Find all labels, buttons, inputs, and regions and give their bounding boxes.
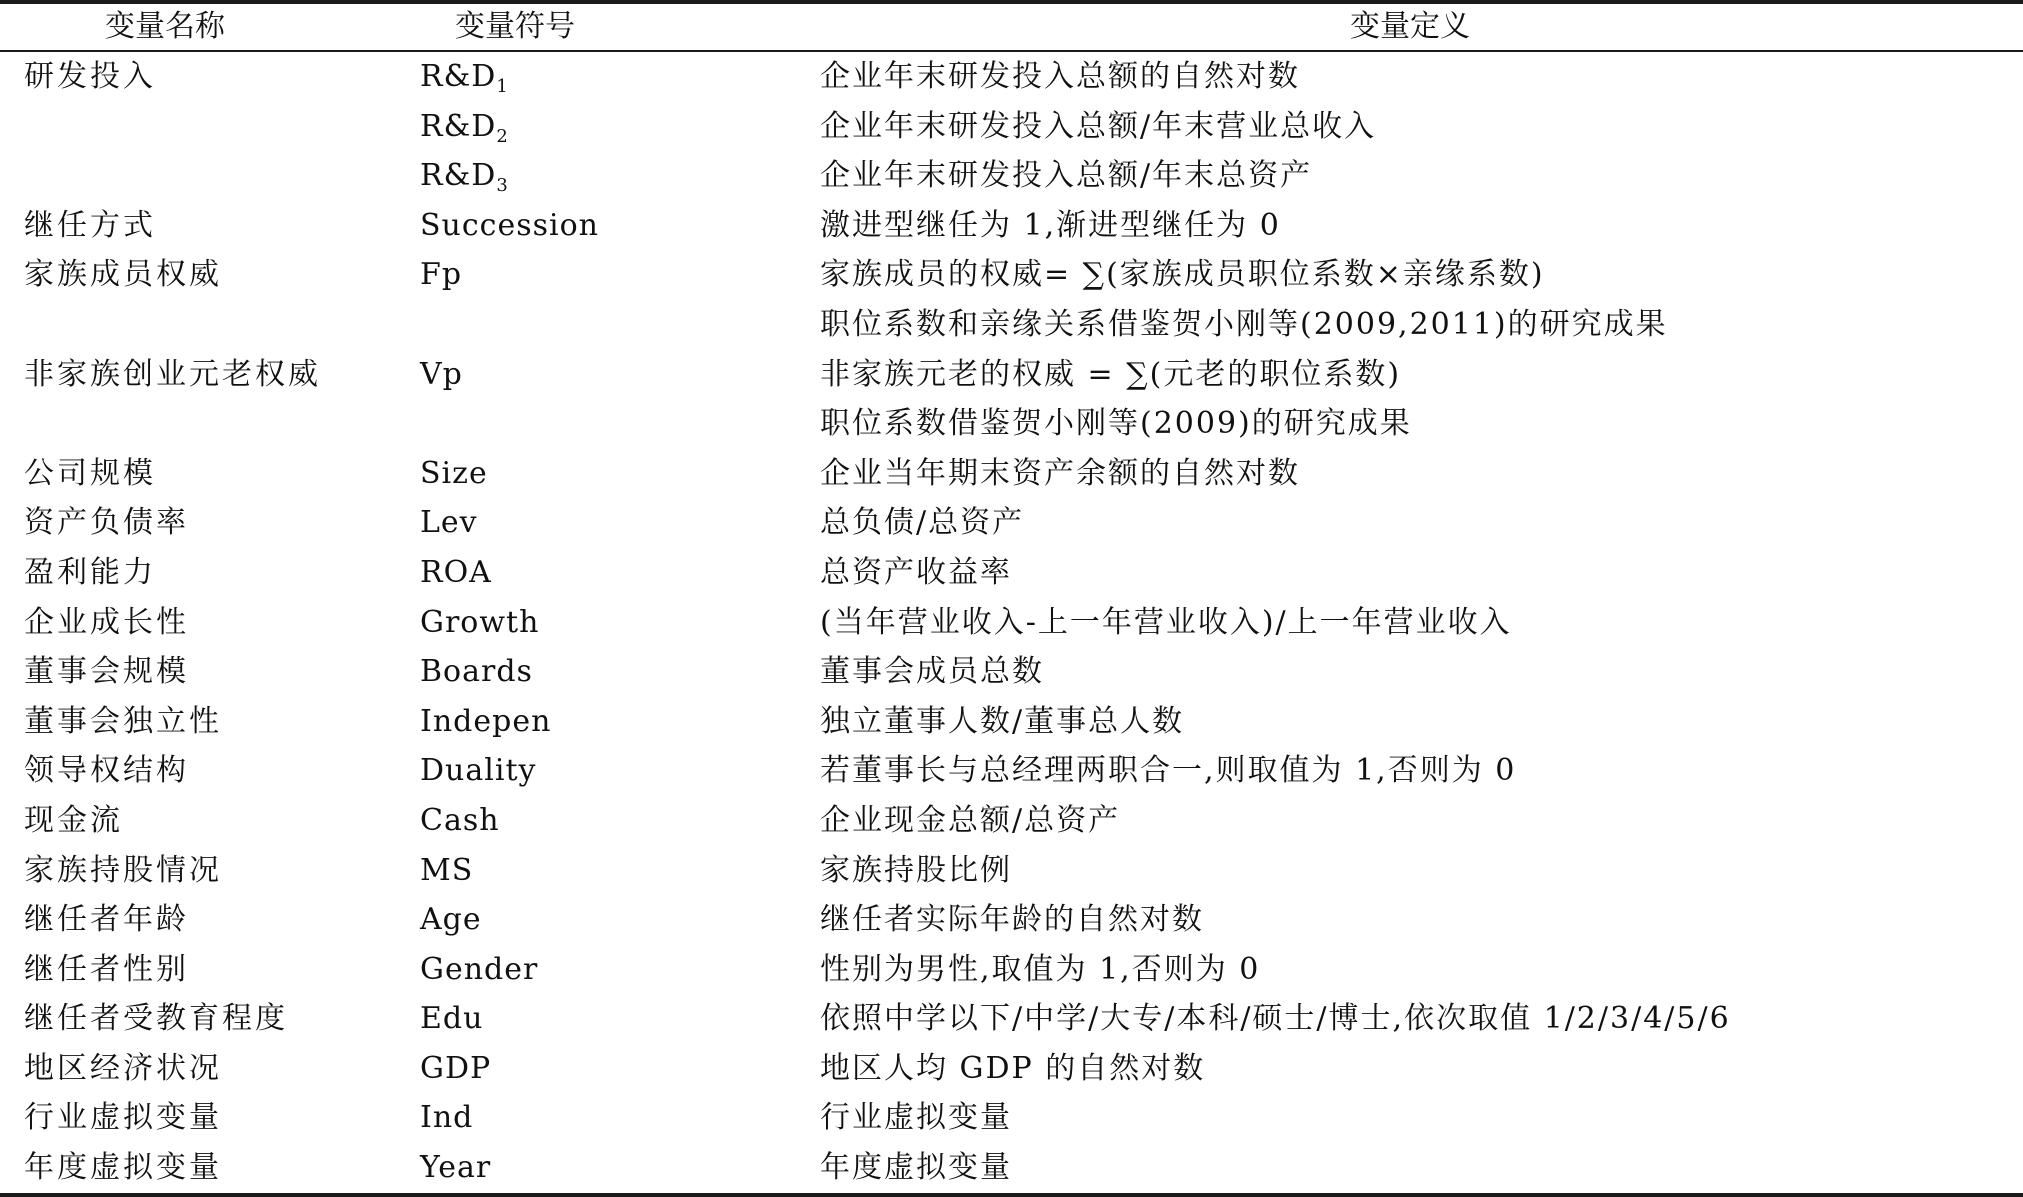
table-row: 继任者受教育程度Edu依照中学以下/中学/大专/本科/硕士/博士,依次取值 1/…	[0, 994, 2023, 1044]
variable-name: 董事会独立性	[24, 697, 222, 747]
table-row: 继任者年龄Age继任者实际年龄的自然对数	[0, 895, 2023, 945]
table-row: 领导权结构Duality若董事长与总经理两职合一,则取值为 1,否则为 0	[0, 746, 2023, 796]
symbol-text: Year	[420, 1150, 491, 1185]
variable-name: 年度虚拟变量	[24, 1143, 222, 1193]
variable-definition: 职位系数借鉴贺小刚等(2009)的研究成果	[820, 399, 1412, 449]
variable-symbol: Indepen	[420, 697, 551, 747]
symbol-text: Fp	[420, 257, 462, 292]
table-row: 年度虚拟变量Year年度虚拟变量	[0, 1143, 2023, 1193]
table-row: 现金流Cash企业现金总额/总资产	[0, 796, 2023, 846]
variable-symbol: Size	[420, 449, 488, 499]
table-row: 公司规模Size企业当年期末资产余额的自然对数	[0, 449, 2023, 499]
variable-symbol: Gender	[420, 945, 538, 995]
header-variable-symbol: 变量符号	[400, 4, 630, 50]
variable-name: 盈利能力	[24, 548, 156, 598]
table-header: 变量名称 变量符号 变量定义	[0, 4, 2023, 50]
symbol-text: R&D	[420, 158, 496, 193]
variable-name: 继任者年龄	[24, 895, 189, 945]
variable-symbol: Vp	[420, 350, 463, 400]
variable-definition: 企业年末研发投入总额/年末总资产	[820, 151, 1312, 201]
table-bottom-rule	[0, 1193, 2023, 1197]
table-row: 家族持股情况MS家族持股比例	[0, 846, 2023, 896]
variable-definition: 独立董事人数/董事总人数	[820, 697, 1184, 747]
table-body: 研发投入R&D1企业年末研发投入总额的自然对数R&D2企业年末研发投入总额/年末…	[0, 52, 2023, 1193]
variable-symbol: Lev	[420, 498, 478, 548]
variable-name: 现金流	[24, 796, 123, 846]
symbol-text: Ind	[420, 1100, 473, 1135]
table-row: R&D2企业年末研发投入总额/年末营业总收入	[0, 102, 2023, 152]
table-row: 董事会独立性Indepen独立董事人数/董事总人数	[0, 697, 2023, 747]
variable-definition: 若董事长与总经理两职合一,则取值为 1,否则为 0	[820, 746, 1516, 796]
variable-name: 继任者性别	[24, 945, 189, 995]
symbol-text: Boards	[420, 654, 533, 689]
variable-name: 继任者受教育程度	[24, 994, 288, 1044]
variable-definition: (当年营业收入-上一年营业收入)/上一年营业收入	[820, 598, 1512, 648]
variable-definition: 非家族元老的权威 = ∑(元老的职位系数)	[820, 350, 1401, 400]
table-row: 董事会规模Boards董事会成员总数	[0, 647, 2023, 697]
table-row: 非家族创业元老权威Vp非家族元老的权威 = ∑(元老的职位系数)	[0, 350, 2023, 400]
symbol-text: Duality	[420, 753, 536, 788]
variable-name: 资产负债率	[24, 498, 189, 548]
symbol-text: Succession	[420, 208, 599, 243]
variable-symbol: Ind	[420, 1093, 473, 1143]
variable-definition: 年度虚拟变量	[820, 1143, 1012, 1193]
symbol-text: Edu	[420, 1001, 483, 1036]
symbol-text: Cash	[420, 803, 500, 838]
variable-definition: 企业现金总额/总资产	[820, 796, 1120, 846]
variable-symbol: Age	[420, 895, 482, 945]
variable-definition: 总资产收益率	[820, 548, 1012, 598]
symbol-text: Lev	[420, 505, 478, 540]
variable-definition: 激进型继任为 1,渐进型继任为 0	[820, 201, 1281, 251]
variable-definition: 地区人均 GDP 的自然对数	[820, 1044, 1205, 1094]
symbol-text: R&D	[420, 109, 496, 144]
variable-symbol: Fp	[420, 250, 462, 300]
symbol-text: Growth	[420, 605, 539, 640]
symbol-text: GDP	[420, 1051, 491, 1086]
variable-symbol: ROA	[420, 548, 492, 598]
variable-definition: 企业当年期末资产余额的自然对数	[820, 449, 1300, 499]
variable-symbol: R&D2	[420, 102, 509, 152]
variable-symbol: Boards	[420, 647, 533, 697]
variable-name: 继任方式	[24, 201, 156, 251]
table-row: 继任方式Succession激进型继任为 1,渐进型继任为 0	[0, 201, 2023, 251]
symbol-text: ROA	[420, 555, 492, 590]
symbol-text: Gender	[420, 952, 538, 987]
variable-definition: 行业虚拟变量	[820, 1093, 1012, 1143]
variable-symbol: MS	[420, 846, 473, 896]
symbol-text: Age	[420, 902, 482, 937]
header-variable-definition: 变量定义	[1300, 4, 1520, 50]
variable-definition: 依照中学以下/中学/大专/本科/硕士/博士,依次取值 1/2/3/4/5/6	[820, 994, 1731, 1044]
variable-symbol: R&D1	[420, 52, 509, 102]
table-row: 职位系数和亲缘关系借鉴贺小刚等(2009,2011)的研究成果	[0, 300, 2023, 350]
variable-symbol: Succession	[420, 201, 599, 251]
variable-definition: 企业年末研发投入总额的自然对数	[820, 52, 1300, 102]
variable-name: 家族成员权威	[24, 250, 222, 300]
variable-symbol: Edu	[420, 994, 483, 1044]
variable-symbol: Cash	[420, 796, 500, 846]
variable-definition: 董事会成员总数	[820, 647, 1044, 697]
table-row: 继任者性别Gender性别为男性,取值为 1,否则为 0	[0, 945, 2023, 995]
table-row: 研发投入R&D1企业年末研发投入总额的自然对数	[0, 52, 2023, 102]
variable-name: 地区经济状况	[24, 1044, 222, 1094]
variable-name: 行业虚拟变量	[24, 1093, 222, 1143]
variable-definition: 企业年末研发投入总额/年末营业总收入	[820, 102, 1376, 152]
variable-definition: 性别为男性,取值为 1,否则为 0	[820, 945, 1260, 995]
variable-name: 非家族创业元老权威	[24, 350, 321, 400]
symbol-subscript: 2	[496, 126, 508, 147]
symbol-text: MS	[420, 853, 473, 888]
symbol-text: Vp	[420, 357, 463, 392]
table-row: 盈利能力ROA总资产收益率	[0, 548, 2023, 598]
variable-definition: 继任者实际年龄的自然对数	[820, 895, 1204, 945]
table-row: 地区经济状况GDP地区人均 GDP 的自然对数	[0, 1044, 2023, 1094]
variable-name: 公司规模	[24, 449, 156, 499]
variable-definition: 家族成员的权威= ∑(家族成员职位系数×亲缘系数)	[820, 250, 1545, 300]
table-row: 职位系数借鉴贺小刚等(2009)的研究成果	[0, 399, 2023, 449]
symbol-text: Size	[420, 456, 488, 491]
variable-symbol: R&D3	[420, 151, 509, 201]
variable-name: 家族持股情况	[24, 846, 222, 896]
table-row: R&D3企业年末研发投入总额/年末总资产	[0, 151, 2023, 201]
symbol-subscript: 3	[496, 175, 508, 196]
variable-symbol: Duality	[420, 746, 536, 796]
variable-definition: 家族持股比例	[820, 846, 1012, 896]
variable-name: 董事会规模	[24, 647, 189, 697]
variable-definition: 总负债/总资产	[820, 498, 1024, 548]
header-variable-name: 变量名称	[60, 4, 270, 50]
variable-symbol: Year	[420, 1143, 491, 1193]
symbol-text: R&D	[420, 59, 496, 94]
table-row: 家族成员权威Fp家族成员的权威= ∑(家族成员职位系数×亲缘系数)	[0, 250, 2023, 300]
variable-symbol: Growth	[420, 598, 539, 648]
variable-name: 领导权结构	[24, 746, 189, 796]
table-row: 企业成长性Growth(当年营业收入-上一年营业收入)/上一年营业收入	[0, 598, 2023, 648]
variable-name: 企业成长性	[24, 598, 189, 648]
variable-name: 研发投入	[24, 52, 156, 102]
symbol-text: Indepen	[420, 704, 551, 739]
table-row: 行业虚拟变量Ind行业虚拟变量	[0, 1093, 2023, 1143]
variable-definition: 职位系数和亲缘关系借鉴贺小刚等(2009,2011)的研究成果	[820, 300, 1668, 350]
table-row: 资产负债率Lev总负债/总资产	[0, 498, 2023, 548]
variable-symbol: GDP	[420, 1044, 491, 1094]
symbol-subscript: 1	[496, 76, 508, 97]
